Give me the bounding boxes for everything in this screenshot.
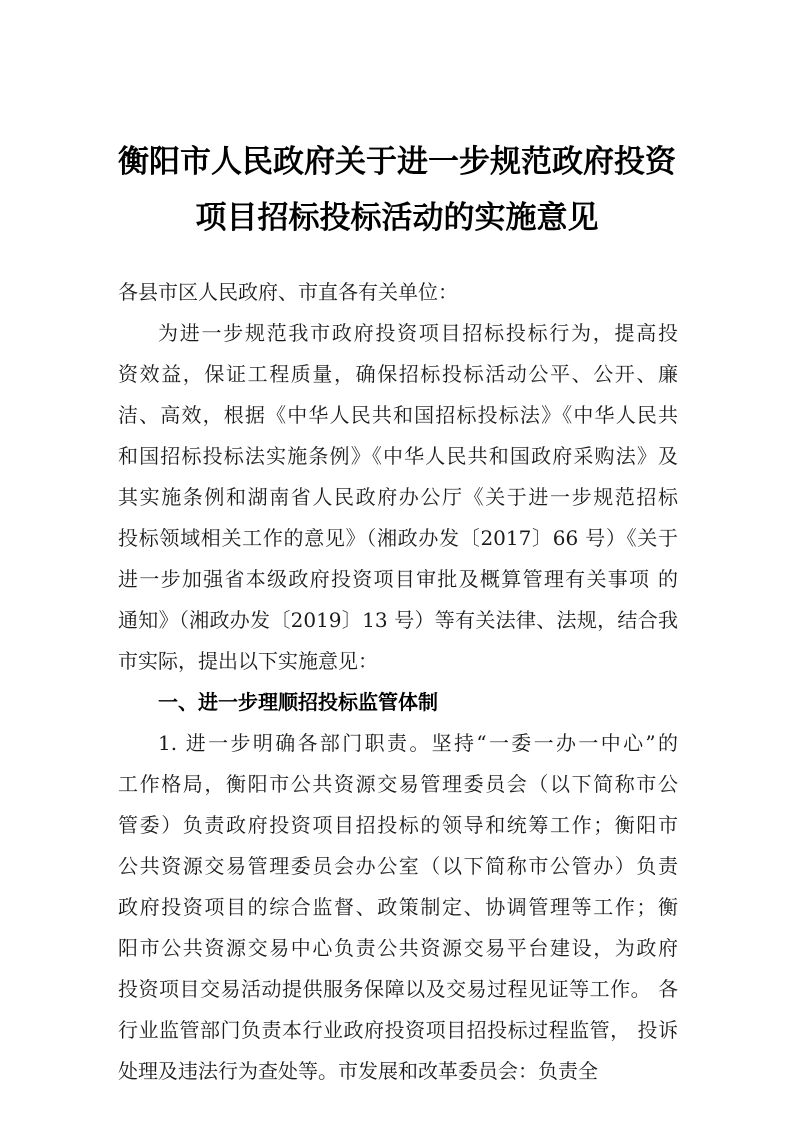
intro-line: 资效益，保证工程质量，确保招标投标活动公平、公开、廉 <box>118 361 678 387</box>
item1-line: 1. 进一步明确各部门职责。坚持“一委一办一中心”的 <box>158 730 678 756</box>
intro-line: 通知》（湘政办发〔2019〕13 号）等有关法律、法规，结合我 <box>118 607 678 633</box>
item1-line: 公共资源交易管理委员会办公室（以下简称市公管办）负责 <box>118 853 678 879</box>
intro-line: 其实施条例和湖南省人民政府办公厅《关于进一步规范招标 <box>118 484 678 510</box>
document-title-line-2: 项目招标投标活动的实施意见 <box>0 192 794 237</box>
item1-line: 工作格局，衡阳市公共资源交易管理委员会（以下简称市公 <box>118 771 678 797</box>
item1-line: 管委）负责政府投资项目招投标的领导和统筹工作；衡阳市 <box>118 812 678 838</box>
document-title-line-1: 衡阳市人民政府关于进一步规范政府投资 <box>0 136 794 181</box>
intro-line: 进一步加强省本级政府投资项目审批及概算管理有关事项 的 <box>118 566 678 592</box>
intro-line: 为进一步规范我市政府投资项目招标投标行为，提高投 <box>158 320 678 346</box>
salutation: 各县市区人民政府、市直各有关单位： <box>118 279 678 305</box>
section-heading: 一、进一步理顺招投标监管体制 <box>158 689 438 715</box>
item1-line: 政府投资项目的综合监督、政策制定、协调管理等工作；衡 <box>118 894 678 920</box>
item1-line: 阳市公共资源交易中心负责公共资源交易平台建设，为政府 <box>118 935 678 961</box>
intro-line: 市实际，提出以下实施意见： <box>118 648 678 674</box>
intro-line: 洁、高效，根据《中华人民共和国招标投标法》《中华人民共 <box>118 402 678 428</box>
item1-line: 投资项目交易活动提供服务保障以及交易过程见证等工作。 各 <box>118 976 678 1002</box>
intro-line: 和国招标投标法实施条例》《中华人民共和国政府采购法》及 <box>118 443 678 469</box>
item1-line: 处理及违法行为查处等。市发展和改革委员会：负责全 <box>118 1058 678 1084</box>
item1-line: 行业监管部门负责本行业政府投资项目招投标过程监管， 投诉 <box>118 1017 678 1043</box>
intro-line: 投标领域相关工作的意见》（湘政办发〔2017〕66 号）《关于 <box>118 525 678 551</box>
document-page: 衡阳市人民政府关于进一步规范政府投资 项目招标投标活动的实施意见 各县市区人民政… <box>0 0 794 1122</box>
